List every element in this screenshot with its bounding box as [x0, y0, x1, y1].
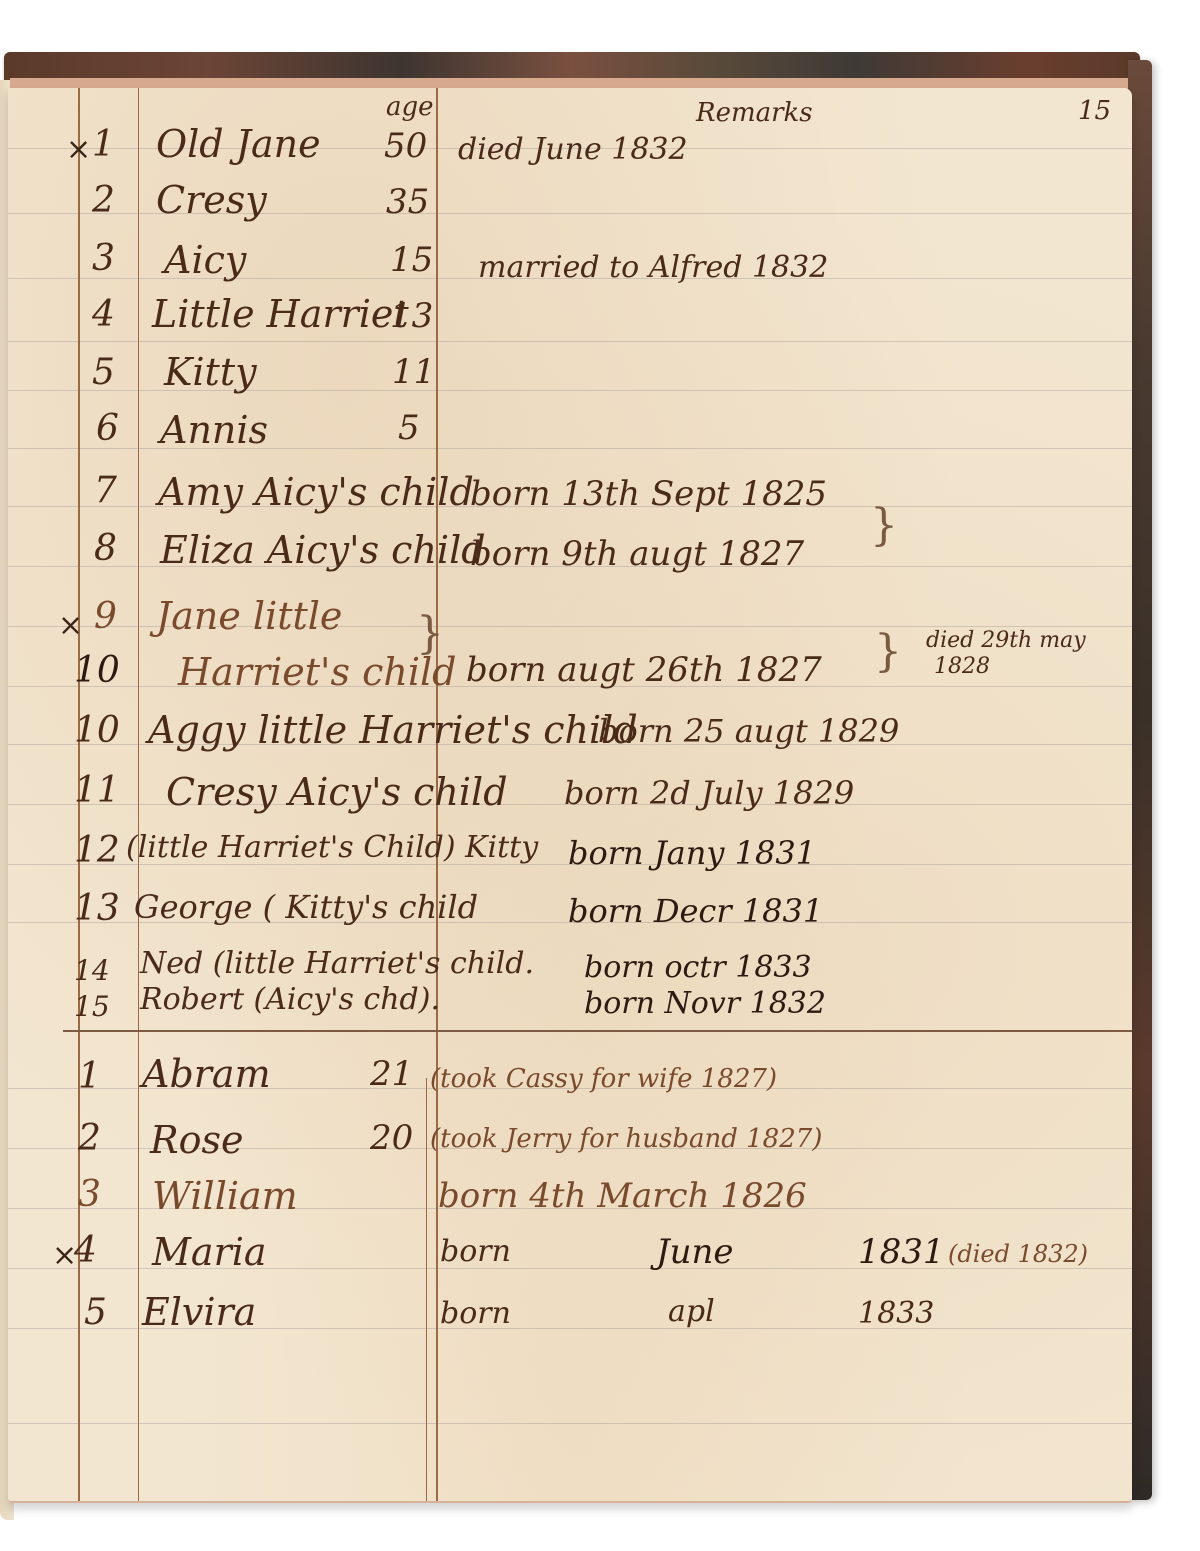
person-name: Jane little: [156, 594, 342, 638]
row-number: 1: [78, 1056, 101, 1097]
remark: born 25 augt 1829: [598, 712, 899, 750]
birth-month: June: [656, 1232, 734, 1272]
row-number: 5: [84, 1292, 107, 1333]
row-number: 10: [74, 710, 120, 751]
row-number: 3: [92, 238, 115, 279]
row-number: 7: [94, 470, 117, 511]
row-number: 6: [96, 408, 119, 449]
remark: born Decr 1831: [568, 892, 823, 930]
row-number: 2: [78, 1118, 101, 1159]
person-name: Harriet's child: [178, 650, 456, 694]
person-age: 11: [392, 352, 435, 392]
remark: born 9th augt 1827: [470, 534, 804, 574]
person-name: Aicy: [164, 238, 246, 282]
person-name: Abram: [142, 1052, 271, 1096]
remark: born augt 26th 1827: [466, 650, 822, 690]
person-age: 21: [370, 1054, 413, 1094]
person-name: Kitty: [164, 350, 257, 394]
side-note-year: 1828: [934, 654, 990, 679]
person-name: William: [152, 1174, 298, 1218]
person-name: Eliza Aicy's child: [160, 528, 486, 572]
death-note: (died 1832): [948, 1240, 1088, 1268]
birth-year: 1831: [858, 1232, 945, 1272]
remark: born Novr 1832: [584, 986, 826, 1021]
person-name: Amy Aicy's child: [158, 470, 474, 514]
row-number: 12: [74, 830, 120, 871]
row-number: 1: [92, 124, 115, 165]
deceased-mark: ×: [58, 608, 83, 643]
remark: born 2d July 1829: [564, 774, 854, 812]
person-age: 13: [390, 296, 433, 336]
person-name: Annis: [160, 408, 268, 452]
ruled-line: [8, 341, 1132, 342]
row-number: 5: [92, 352, 115, 393]
row-number: 4: [92, 294, 115, 335]
remark: died June 1832: [458, 132, 688, 167]
row-number: 15: [74, 990, 110, 1023]
age-column-header: age: [386, 92, 434, 122]
birth-year: 1833: [858, 1296, 934, 1331]
remark: (took Jerry for husband 1827): [430, 1124, 822, 1154]
born-label: born: [440, 1296, 511, 1331]
row-number: 9: [94, 596, 117, 637]
person-age: 50: [384, 126, 427, 166]
page-number: 15: [1078, 96, 1111, 126]
person-name: (little Harriet's Child) Kitty: [126, 830, 538, 865]
side-note-died: died 29th may: [926, 628, 1086, 653]
row-number: 3: [78, 1174, 101, 1215]
row-number: 11: [74, 770, 120, 811]
remark: married to Alfred 1832: [478, 250, 828, 285]
person-age: 15: [390, 240, 433, 280]
remark: born octr 1833: [584, 950, 812, 985]
brace-mark: }: [416, 608, 444, 659]
person-name: Ned (little Harriet's child.: [140, 946, 534, 981]
row-number: 14: [74, 954, 110, 987]
person-name: Maria: [152, 1230, 267, 1274]
brace-mark: }: [874, 626, 902, 677]
born-label: born: [440, 1234, 511, 1269]
person-age: 5: [398, 408, 420, 448]
column-rule-name: [138, 88, 139, 1501]
row-number: 2: [92, 180, 115, 221]
remark: born 13th Sept 1825: [470, 474, 827, 514]
deceased-mark: ×: [66, 132, 91, 167]
person-name: Robert (Aicy's chd).: [140, 982, 440, 1017]
column-rule-age-lower: [426, 1078, 427, 1501]
person-name: Elvira: [142, 1290, 256, 1334]
row-number: 13: [74, 888, 120, 929]
person-name: Rose: [150, 1118, 243, 1162]
brace-mark: }: [870, 500, 898, 551]
person-name: George ( Kitty's child: [134, 888, 478, 926]
person-age: 35: [386, 182, 429, 222]
ruled-line: [8, 1423, 1132, 1424]
remark: born 4th March 1826: [438, 1176, 807, 1216]
birth-month: apl: [668, 1294, 715, 1329]
person-name: Cresy: [156, 178, 267, 222]
person-name: Aggy little Harriet's child: [148, 708, 638, 752]
person-name: Old Jane: [156, 122, 321, 166]
section-divider: [63, 1030, 1132, 1032]
person-name: Cresy Aicy's child: [166, 770, 508, 814]
person-name: Little Harriet: [152, 292, 409, 336]
remark: born Jany 1831: [568, 834, 816, 872]
row-number: 4: [74, 1230, 97, 1271]
row-number: 10: [74, 650, 120, 691]
remarks-column-header: Remarks: [696, 98, 813, 128]
remark: (took Cassy for wife 1827): [430, 1064, 777, 1094]
ledger-page: age Remarks 15 × 1 Old Jane 50 died June…: [8, 88, 1132, 1503]
person-age: 20: [370, 1118, 413, 1158]
row-number: 8: [94, 528, 117, 569]
